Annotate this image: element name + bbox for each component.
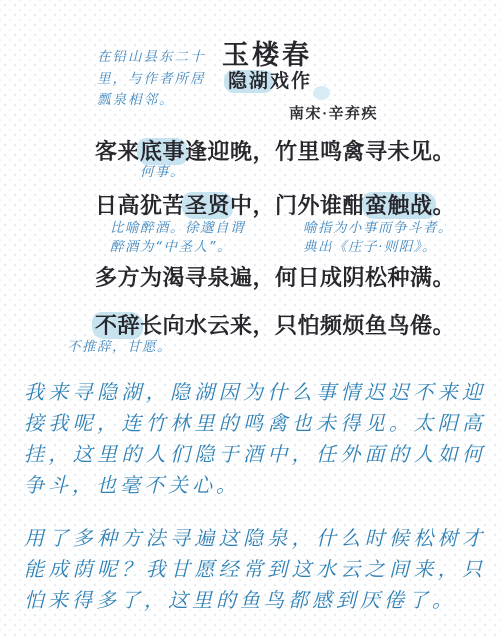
line1-pre: 客来 [95, 139, 140, 164]
location-margin-note: 在铅山县东二十 里，与作者所居 瓢泉相邻。 [97, 47, 206, 112]
subtitle-rest: 戏作 [270, 71, 312, 92]
translation-paragraph-1: 我来寻隐湖，隐湖因为什么事情迟迟不来迎接我呢，连竹林里的鸣禽也未得见。太阳高挂，… [24, 377, 486, 501]
highlighter-smudge-decoration [313, 86, 330, 100]
line2-gloss-note-left: 比喻醉酒。徐邈自谓 醉酒为“中圣人”。 [110, 219, 245, 257]
line4-highlighted-term: 不辞 [92, 312, 143, 339]
gloss-note-line: 比喻醉酒。徐邈自谓 [110, 219, 245, 238]
line4-gloss-note: 不推辞，甘愿。 [67, 338, 172, 357]
line2-highlighted-term-1: 圣贤 [182, 192, 233, 219]
location-note-line: 瓢泉相邻。 [97, 90, 206, 112]
line1-highlighted-term: 底事 [137, 138, 188, 165]
poem-study-page: 在铅山县东二十 里，与作者所居 瓢泉相邻。 玉楼春 隐湖戏作 南宋·辛弃疾 客来… [0, 0, 500, 637]
line4-post: 长向水云来，只怕频烦鱼鸟倦。 [140, 313, 455, 338]
line2-gloss-note-right: 喻指为小事而争斗者。 典出《庄子·则阳》。 [303, 219, 453, 257]
line2-highlighted-term-2: 蛮触战 [362, 192, 436, 219]
line2-pre: 日高犹苦 [95, 193, 185, 218]
poem-line-3: 多方为渴寻泉遍，何日成阴松种满。 [95, 261, 455, 292]
line2-mid: 中，门外谁酣 [230, 193, 365, 218]
translation-paragraph-2: 用了多种方法寻遍这隐泉，什么时候松树才能成荫呢？我甘愿经常到这水云之间来，只怕来… [24, 523, 486, 616]
location-note-line: 在铅山县东二十 [97, 47, 206, 69]
location-note-line: 里，与作者所居 [97, 69, 206, 91]
line1-post: 逢迎晚，竹里鸣禽寻未见。 [185, 139, 455, 164]
poem-author: 南宋·辛弃疾 [289, 102, 378, 123]
gloss-note-line: 喻指为小事而争斗者。 [303, 219, 453, 238]
line2-post: 。 [433, 193, 456, 218]
poem-line-2: 日高犹苦圣贤中，门外谁酣蛮触战。 [95, 189, 455, 220]
gloss-note-line: 醉酒为“中圣人”。 [110, 238, 245, 257]
subtitle-highlighted-term: 隐湖 [224, 70, 274, 93]
gloss-note-line: 典出《庄子·则阳》。 [303, 238, 453, 257]
poem-subtitle: 隐湖戏作 [228, 66, 312, 93]
line1-gloss-note: 何事。 [140, 163, 185, 182]
poem-line-4: 不辞长向水云来，只怕频烦鱼鸟倦。 [95, 309, 455, 340]
poem-line-1: 客来底事逢迎晚，竹里鸣禽寻未见。 [95, 135, 455, 166]
